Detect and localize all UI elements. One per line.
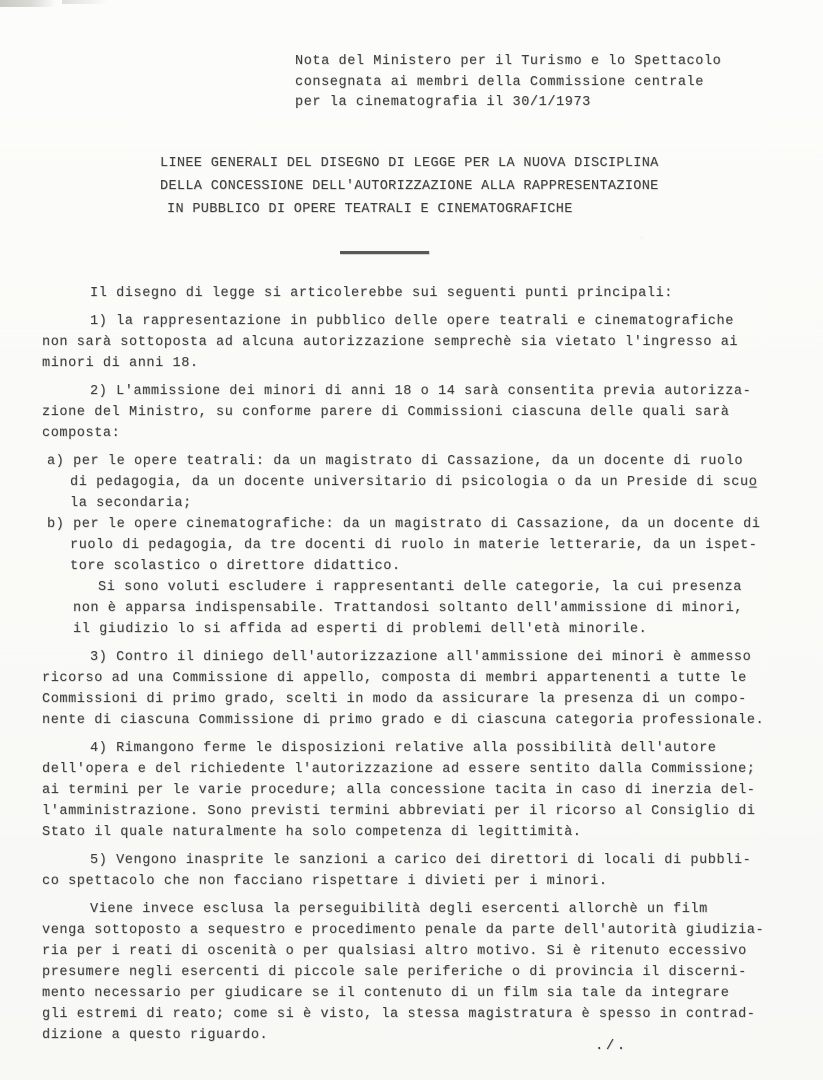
text-line: ricorso ad una Commissione di appello, c… [42, 668, 792, 689]
continuation-mark: ./. [595, 1038, 628, 1054]
text-line: mento necessario per giudicare se il con… [42, 983, 792, 1004]
text-line: gli estremi di reato; come si è visto, l… [42, 1004, 792, 1025]
text-line: dell'opera e del richiedente l'autorizza… [42, 759, 792, 780]
text-line: non sarà sottoposta ad alcuna autorizzaz… [42, 332, 792, 353]
text-line: composta: [42, 423, 792, 444]
text-line: zione del Ministro, su conforme parere d… [42, 402, 792, 423]
text-line: tore scolastico o direttore didattico. [70, 556, 792, 577]
paragraph-numbered: 2) L'ammissione dei minori di anni 18 o … [42, 381, 792, 444]
title-line: LINEE GENERALI DEL DISEGNO DI LEGGE PER … [160, 152, 659, 175]
text-line: Il disegno di legge si articolerebbe sui… [90, 283, 792, 304]
text-line: minori di anni 18. [42, 353, 792, 374]
text-line: 5) Vengono inasprite le sanzioni a caric… [90, 850, 792, 871]
note-header-line: per la cinematografia il 30/1/1973 [295, 93, 721, 114]
scan-artifact-smudge [0, 0, 56, 7]
text-line: dizione a questo riguardo. [42, 1025, 792, 1046]
document-header-note: Nota del Ministero per il Turismo e lo S… [295, 52, 721, 114]
text-line: Commissioni di primo grado, scelti in mo… [42, 689, 792, 710]
text-line: co spettacolo che non facciano rispettar… [42, 871, 792, 892]
text-line: il giudizio lo si affida ad esperti di p… [73, 619, 792, 640]
text-line: 2) L'ammissione dei minori di anni 18 o … [90, 381, 792, 402]
paragraph-lettered: b) per le opere cinematografiche: da un … [42, 514, 792, 577]
paragraph-numbered: 1) la rappresentazione in pubblico delle… [42, 311, 792, 374]
text-line: b) per le opere cinematografiche: da un … [47, 514, 792, 535]
text-line: ruolo di pedagogia, da tre docenti di ru… [70, 535, 792, 556]
text-line: Si sono voluti escludere i rappresentant… [98, 577, 792, 598]
text-line: 1) la rappresentazione in pubblico delle… [90, 311, 792, 332]
note-header-line: consegnata ai membri della Commissione c… [295, 73, 721, 94]
text-line: a) per le opere teatrali: da un magistra… [47, 451, 792, 472]
text-line: ria per i reati di oscenità o per qualsi… [42, 941, 792, 962]
scanned-document-page: Nota del Ministero per il Turismo e lo S… [0, 0, 823, 1080]
document-body: Il disegno di legge si articolerebbe sui… [42, 283, 792, 1053]
text-line: la secondaria; [70, 493, 792, 514]
document-title: LINEE GENERALI DEL DISEGNO DI LEGGE PER … [160, 152, 659, 221]
text-line: ai termini per le varie procedure; alla … [42, 780, 792, 801]
scan-artifact-smudge [62, 0, 108, 4]
paragraph-numbered: 5) Vengono inasprite le sanzioni a caric… [42, 850, 792, 892]
text-line: venga sottoposto a sequestro e procedime… [42, 920, 792, 941]
text-line: non è apparsa indispensabile. Trattandos… [73, 598, 792, 619]
text-line: di pedagogia, da un docente universitari… [70, 472, 792, 493]
text-line: presumere negli esercenti di piccole sal… [42, 962, 792, 983]
text-line: Viene invece esclusa la perseguibilità d… [90, 899, 792, 920]
title-divider-line [340, 251, 429, 254]
text-line: nente di ciascuna Commissione di primo g… [42, 710, 792, 731]
title-line: IN PUBBLICO DI OPERE TEATRALI E CINEMATO… [167, 198, 659, 221]
paragraph-intro: Il disegno di legge si articolerebbe sui… [42, 283, 792, 304]
paragraph-sub: Si sono voluti escludere i rappresentant… [42, 577, 792, 640]
title-line: DELLA CONCESSIONE DELL'AUTORIZZAZIONE AL… [160, 175, 659, 198]
paragraph-lettered: a) per le opere teatrali: da un magistra… [42, 451, 792, 514]
text-line: 3) Contro il diniego dell'autorizzazione… [90, 647, 792, 668]
text-line: Stato il quale naturalmente ha solo comp… [42, 822, 792, 843]
note-header-line: Nota del Ministero per il Turismo e lo S… [295, 52, 721, 73]
paragraph-numbered: 3) Contro il diniego dell'autorizzazione… [42, 647, 792, 731]
paragraph-plain: Viene invece esclusa la perseguibilità d… [42, 899, 792, 1046]
text-line: l'amministrazione. Sono previsti termini… [42, 801, 792, 822]
text-line: 4) Rimangono ferme le disposizioni relat… [90, 738, 792, 759]
paragraph-numbered: 4) Rimangono ferme le disposizioni relat… [42, 738, 792, 843]
